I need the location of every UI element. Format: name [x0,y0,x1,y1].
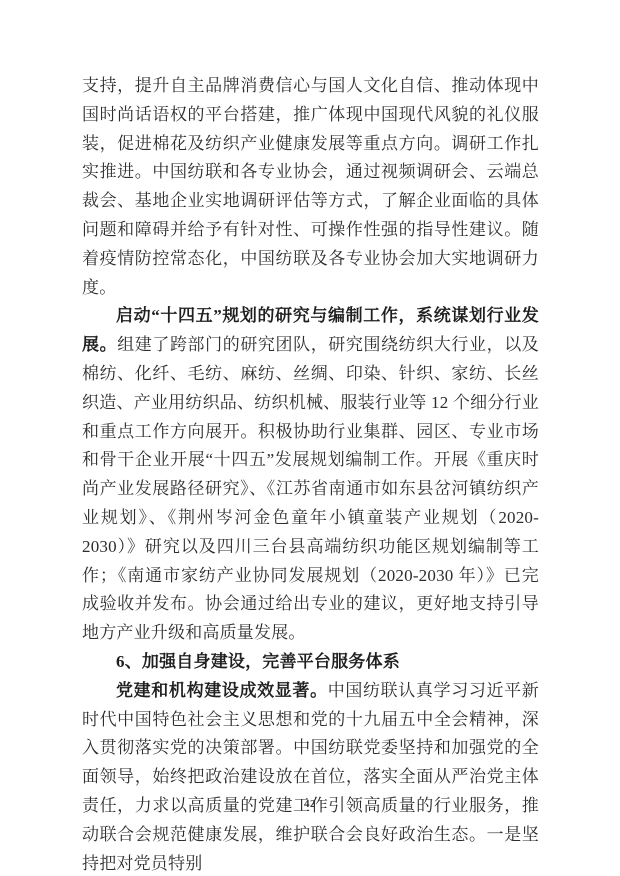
paragraph-bold-lead: 党建和机构建设成效显著。 [116,681,328,700]
paragraph-14th-five-year-plan: 启动“十四五”规划的研究与编制工作，系统谋划行业发展。组建了跨部门的研究团队，研… [82,302,539,648]
paragraph-text: 中国纺联认真学习习近平新时代中国特色社会主义思想和党的十九届五中全会精神，深入贯… [82,681,539,873]
section-heading-6: 6、加强自身建设，完善平台服务体系 [82,648,539,677]
document-page: 支持，提升自主品牌消费信心与国人文化自信、推动体现中国时尚话语权的平台搭建，推广… [0,0,620,876]
paragraph-text: 支持，提升自主品牌消费信心与国人文化自信、推动体现中国时尚话语权的平台搭建，推广… [82,76,539,297]
paragraph-research-support: 支持，提升自主品牌消费信心与国人文化自信、推动体现中国时尚话语权的平台搭建，推广… [82,72,539,302]
page-number: 42 [0,798,620,810]
paragraph-party-building: 党建和机构建设成效显著。中国纺联认真学习习近平新时代中国特色社会主义思想和党的十… [82,677,539,876]
page-content: 支持，提升自主品牌消费信心与国人文化自信、推动体现中国时尚话语权的平台搭建，推广… [82,72,539,876]
paragraph-text: 组建了跨部门的研究团队，研究围绕纺织大行业，以及棉纺、化纤、毛纺、麻纺、丝绸、印… [82,335,539,642]
